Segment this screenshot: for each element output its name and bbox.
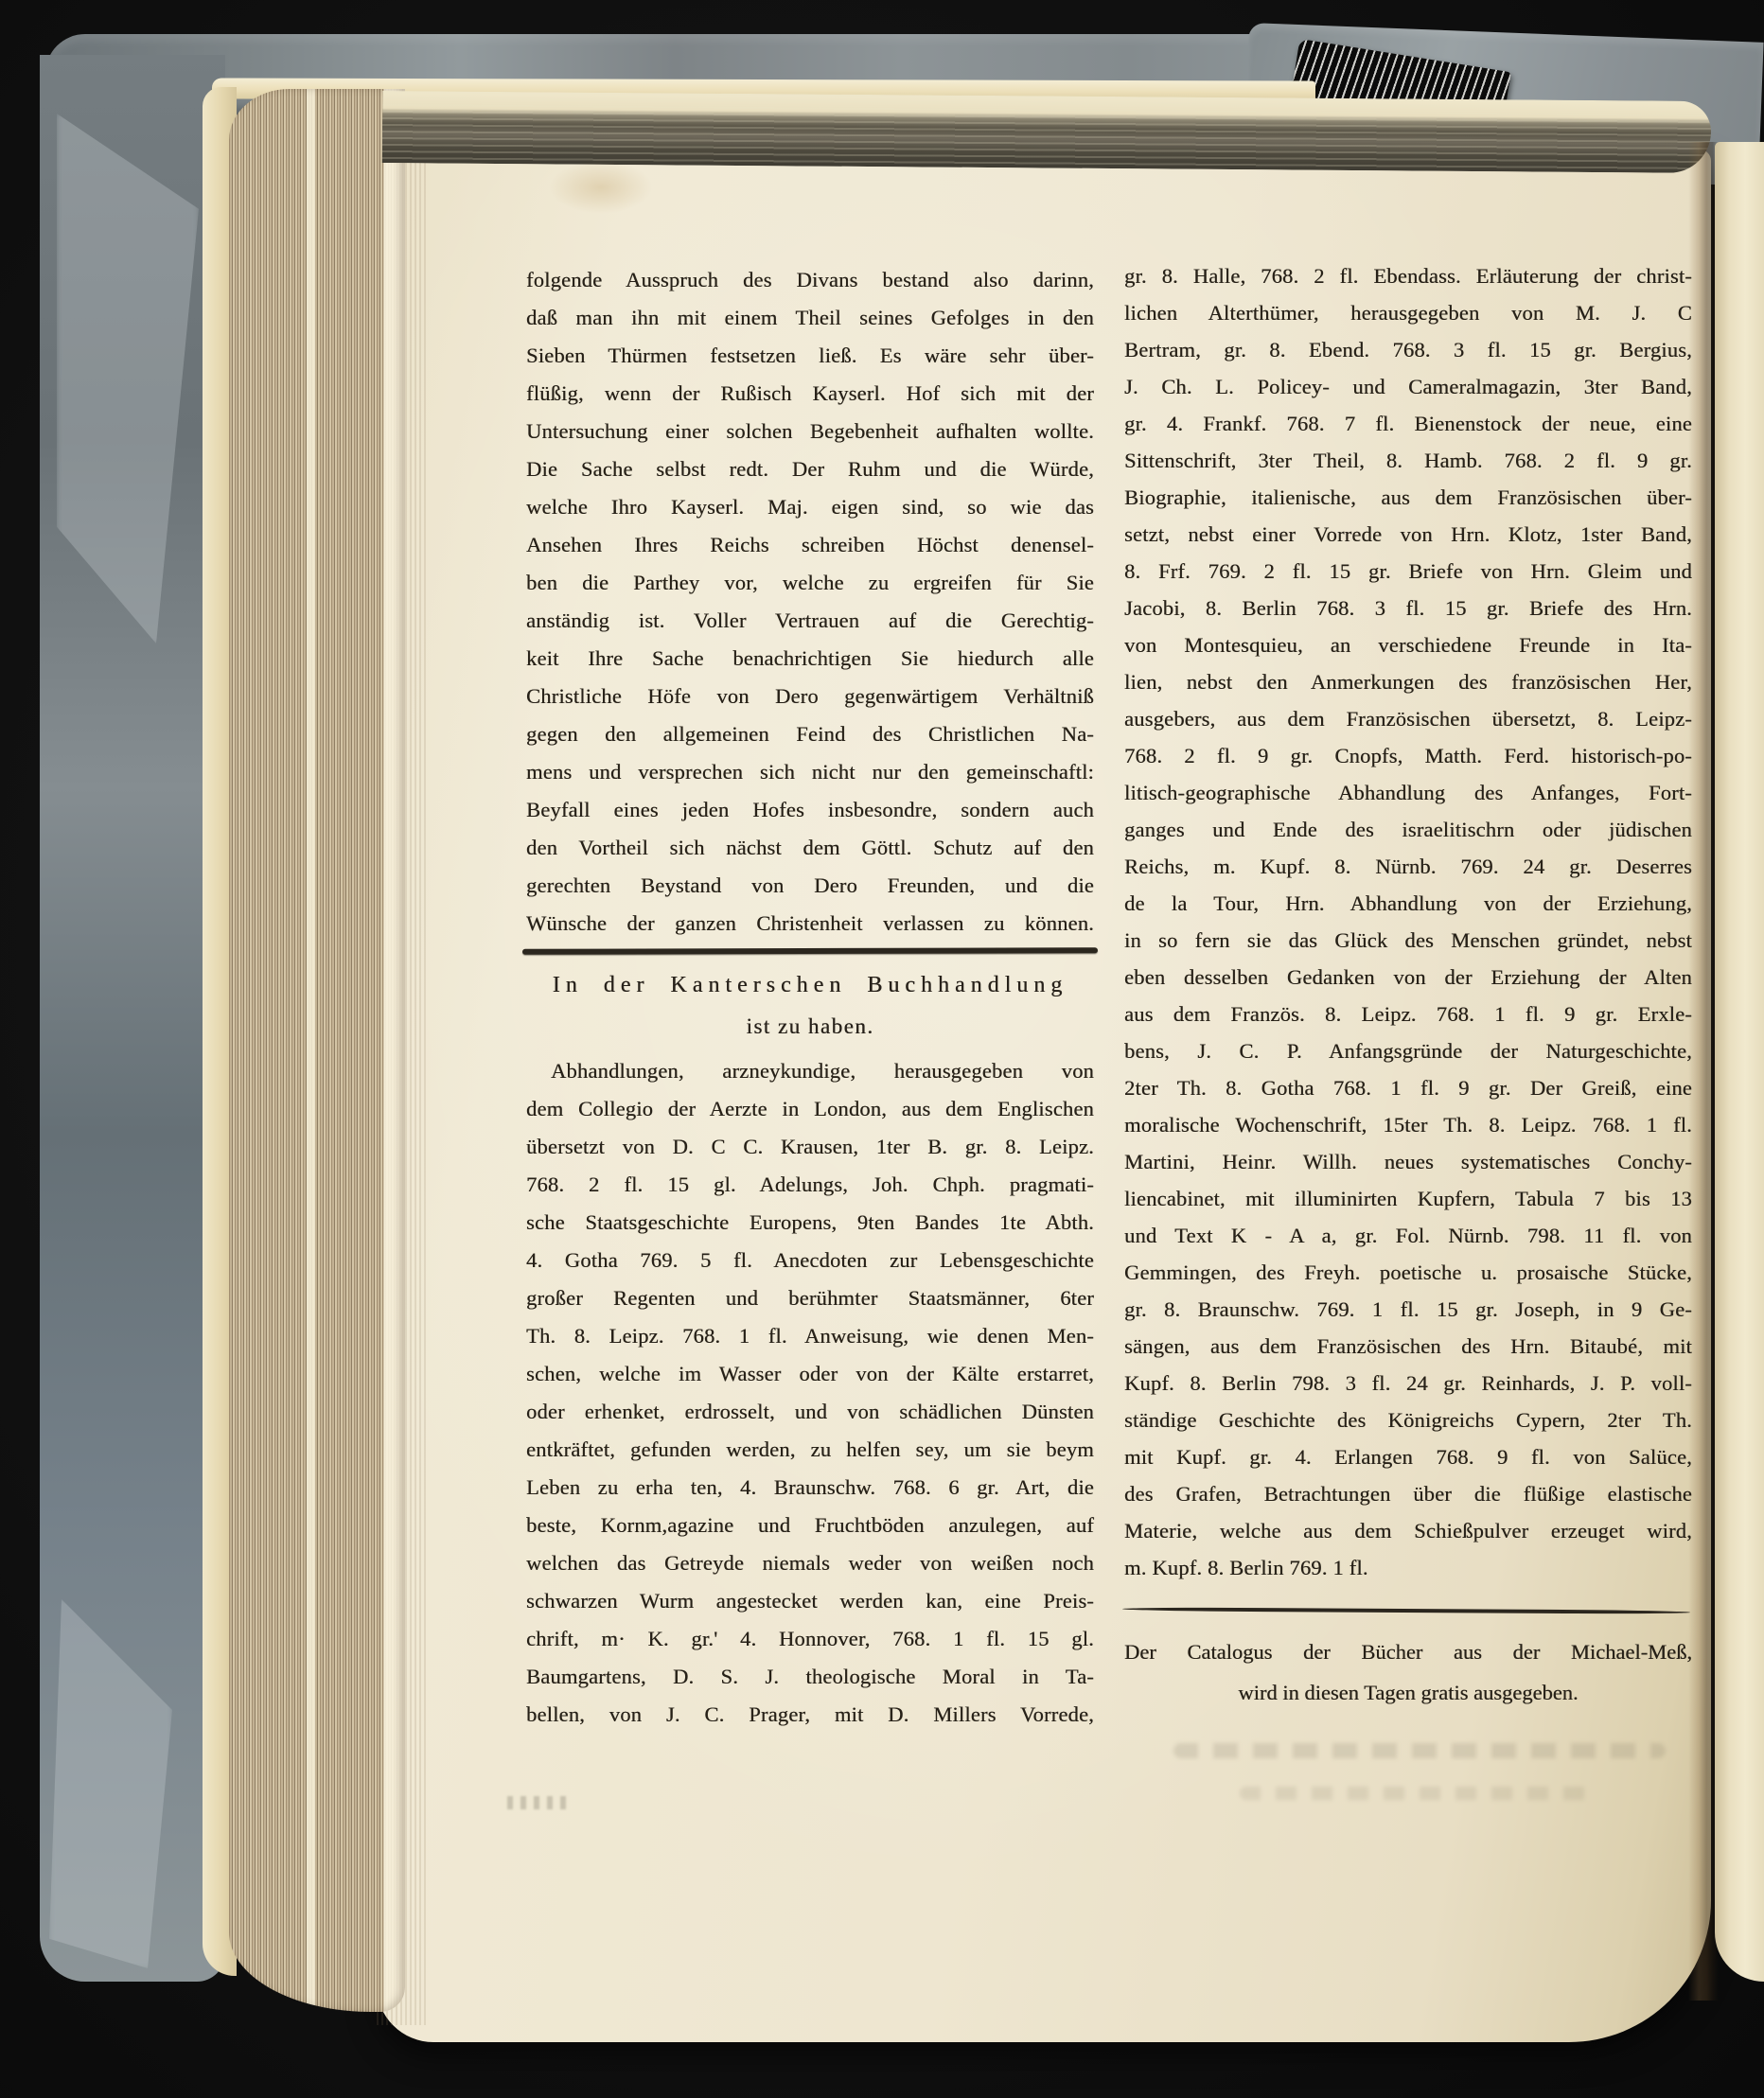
- text-line: den Vortheil sich nächst dem Göttl. Schu…: [526, 829, 1094, 867]
- right-column-paragraph-1: gr. 8. Halle, 768. 2 fl. Ebendass. Erläu…: [1124, 257, 1692, 1586]
- text-line: 768. 2 fl. 9 gr. Cnopfs, Matth. Ferd. hi…: [1124, 737, 1692, 774]
- text-line: Kupf. 8. Berlin 798. 3 fl. 24 gr. Reinha…: [1124, 1365, 1692, 1402]
- text-line: mit Kupf. gr. 4. Erlangen 768. 9 fl. von…: [1124, 1438, 1692, 1475]
- text-line: gegen den allgemeinen Feind des Christli…: [526, 715, 1094, 753]
- text-line: 4. Gotha 769. 5 fl. Anecdoten zur Lebens…: [526, 1242, 1094, 1279]
- text-line: in so fern sie das Glück des Menschen gr…: [1124, 922, 1692, 959]
- text-line: bellen, von J. C. Prager, mit D. Millers…: [526, 1696, 1094, 1734]
- book-photo: { "page_text": { "left_column": { "parag…: [0, 0, 1764, 2098]
- text-line: m. Kupf. 8. Berlin 769. 1 fl.: [1124, 1549, 1692, 1586]
- text-line: und Text K - A a, gr. Fol. Nürnb. 798. 1…: [1124, 1217, 1692, 1254]
- text-line: übersetzt von D. C C. Krausen, 1ter B. g…: [526, 1128, 1094, 1166]
- text-line: Gemmingen, des Freyh. poetische u. prosa…: [1124, 1254, 1692, 1291]
- text-line: ausgebers, aus dem Französischen überset…: [1124, 700, 1692, 737]
- text-line: liencabinet, mit illuminirten Kupfern, T…: [1124, 1180, 1692, 1217]
- text-line: J. Ch. L. Policey- und Cameralmagazin, 3…: [1124, 368, 1692, 405]
- text-line: aus dem Französ. 8. Leipz. 768. 1 fl. 9 …: [1124, 996, 1692, 1032]
- text-line: welche Ihro Kayserl. Maj. eigen sind, so…: [526, 488, 1094, 526]
- catalog-notice: Der Catalogus der Bücher aus der Michael…: [1124, 1631, 1692, 1713]
- text-line: moralische Wochenschrift, 15ter Th. 8. L…: [1124, 1106, 1692, 1143]
- pencil-smudge: [507, 1796, 573, 1809]
- text-line: entkräftet, gefunden werden, zu helfen s…: [526, 1431, 1094, 1469]
- text-line: Materie, welche aus dem Schießpulver erz…: [1124, 1512, 1692, 1549]
- text-line: flüßig, wenn der Rußisch Kayserl. Hof si…: [526, 375, 1094, 413]
- paper-stain: [549, 161, 653, 214]
- text-line: mens und versprechen sich nicht nur den …: [526, 753, 1094, 791]
- catalog-notice-line-2: wird in diesen Tagen gratis ausgegeben.: [1124, 1672, 1692, 1713]
- cover-sheen: [57, 114, 199, 644]
- text-line: Reichs, m. Kupf. 8. Nürnb. 769. 24 gr. D…: [1124, 848, 1692, 885]
- text-line: schen, welche im Wasser oder von der Käl…: [526, 1355, 1094, 1393]
- text-line: gr. 8. Braunschw. 769. 1 fl. 15 gr. Jose…: [1124, 1291, 1692, 1328]
- text-line: Biographie, italienische, aus dem Franzö…: [1124, 479, 1692, 516]
- text-line: Die Sache selbst redt. Der Ruhm und die …: [526, 450, 1094, 488]
- text-line: beste, Kornm,agazine und Fruchtböden anz…: [526, 1507, 1094, 1544]
- text-line: 8. Frf. 769. 2 fl. 15 gr. Briefe von Hrn…: [1124, 553, 1692, 590]
- page-block-fore-edge: [229, 89, 405, 2012]
- text-line: Ansehen Ihres Reichs schreiben Höchst de…: [526, 526, 1094, 564]
- text-line: Christliche Höfe von Dero gegenwärtigem …: [526, 678, 1094, 715]
- text-line: gr. 4. Frankf. 768. 7 fl. Bienenstock de…: [1124, 405, 1692, 442]
- text-line: gerechten Beystand von Dero Freunden, un…: [526, 867, 1094, 905]
- section-heading-line-1: In der Kanterschen Buchhandlung: [526, 963, 1094, 1007]
- text-line: Th. 8. Leipz. 768. 1 fl. Anweisung, wie …: [526, 1317, 1094, 1355]
- text-line: Wünsche der ganzen Christenheit verlasse…: [526, 905, 1094, 943]
- section-heading: In der Kanterschen Buchhandlung ist zu h…: [526, 963, 1094, 1047]
- text-line: eben desselben Gedanken von der Erziehun…: [1124, 959, 1692, 996]
- text-line: 768. 2 fl. 15 gl. Adelungs, Joh. Chph. p…: [526, 1166, 1094, 1204]
- text-line: Sieben Thürmen festsetzen ließ. Es wäre …: [526, 337, 1094, 375]
- text-line: setzt, nebst einer Vorrede von Hrn. Klot…: [1124, 516, 1692, 553]
- text-line: bens, J. C. P. Anfangsgründe der Naturge…: [1124, 1032, 1692, 1069]
- facing-page-edge: [1715, 142, 1764, 1982]
- text-line: Jacobi, 8. Berlin 768. 3 fl. 15 gr. Brie…: [1124, 590, 1692, 626]
- text-line: Abhandlungen, arzneykundige, herausgegeb…: [526, 1052, 1094, 1090]
- text-line: oder erhenket, erdrosselt, und von schäd…: [526, 1393, 1094, 1431]
- text-line: ständige Geschichte des Königreichs Cype…: [1124, 1402, 1692, 1438]
- ink-bleed-through: [1173, 1743, 1666, 1758]
- text-line: lien, nebst den Anmerkungen des französi…: [1124, 663, 1692, 700]
- text-line: de la Tour, Hrn. Abhandlung von der Erzi…: [1124, 885, 1692, 922]
- text-line: lichen Alterthümer, herausgegeben von M.…: [1124, 294, 1692, 331]
- text-line: anständig ist. Voller Vertrauen auf die …: [526, 602, 1094, 640]
- text-line: sängen, aus dem Französischen des Hrn. B…: [1124, 1328, 1692, 1365]
- text-line: schwarzen Wurm angestecket werden kan, e…: [526, 1582, 1094, 1620]
- book-cover-left-edge: [40, 55, 225, 1982]
- text-line: gr. 8. Halle, 768. 2 fl. Ebendass. Erläu…: [1124, 257, 1692, 294]
- text-line: ganges und Ende des israelitischrn oder …: [1124, 811, 1692, 848]
- text-line: Martini, Heinr. Willh. neues systematisc…: [1124, 1143, 1692, 1180]
- text-line: Beyfall eines jeden Hofes insbesondre, s…: [526, 791, 1094, 829]
- text-line: des Grafen, Betrachtungen über die flüßi…: [1124, 1475, 1692, 1512]
- text-line: großer Regenten und berühmter Staatsmänn…: [526, 1279, 1094, 1317]
- left-column-paragraph-1: folgende Ausspruch des Divans bestand al…: [526, 261, 1094, 943]
- text-line: von Montesquieu, an verschiedene Freunde…: [1124, 626, 1692, 663]
- text-line: folgende Ausspruch des Divans bestand al…: [526, 261, 1094, 299]
- text-line: Bertram, gr. 8. Ebend. 768. 3 fl. 15 gr.…: [1124, 331, 1692, 368]
- text-line: daß man ihn mit einem Theil seines Gefol…: [526, 299, 1094, 337]
- text-line: keit Ihre Sache benachrichtigen Sie hied…: [526, 640, 1094, 678]
- text-line: Leben zu erha ten, 4. Braunschw. 768. 6 …: [526, 1469, 1094, 1507]
- text-line: Sittenschrift, 3ter Theil, 8. Hamb. 768.…: [1124, 442, 1692, 479]
- text-line: welchen das Getreyde niemals weder von w…: [526, 1544, 1094, 1582]
- text-line: Baumgartens, D. S. J. theologische Moral…: [526, 1658, 1094, 1696]
- catalog-notice-line-1: Der Catalogus der Bücher aus der Michael…: [1124, 1631, 1692, 1672]
- text-line: dem Collegio der Aerzte in London, aus d…: [526, 1090, 1094, 1128]
- text-line: ben die Parthey vor, welche zu ergreifen…: [526, 564, 1094, 602]
- text-line: litisch-geographische Abhandlung des Anf…: [1124, 774, 1692, 811]
- text-line: chrift, m· K. gr.' 4. Honnover, 768. 1 f…: [526, 1620, 1094, 1658]
- text-line: sche Staatsgeschichte Europens, 9ten Ban…: [526, 1204, 1094, 1242]
- ink-bleed-through: [1240, 1787, 1599, 1800]
- left-column-paragraph-2: Abhandlungen, arzneykundige, herausgegeb…: [526, 1052, 1094, 1734]
- text-line: 2ter Th. 8. Gotha 768. 1 fl. 9 gr. Der G…: [1124, 1069, 1692, 1106]
- text-line: Untersuchung einer solchen Begebenheit a…: [526, 413, 1094, 450]
- cover-sheen: [49, 1599, 172, 1968]
- section-heading-line-2: ist zu haben.: [526, 1007, 1094, 1047]
